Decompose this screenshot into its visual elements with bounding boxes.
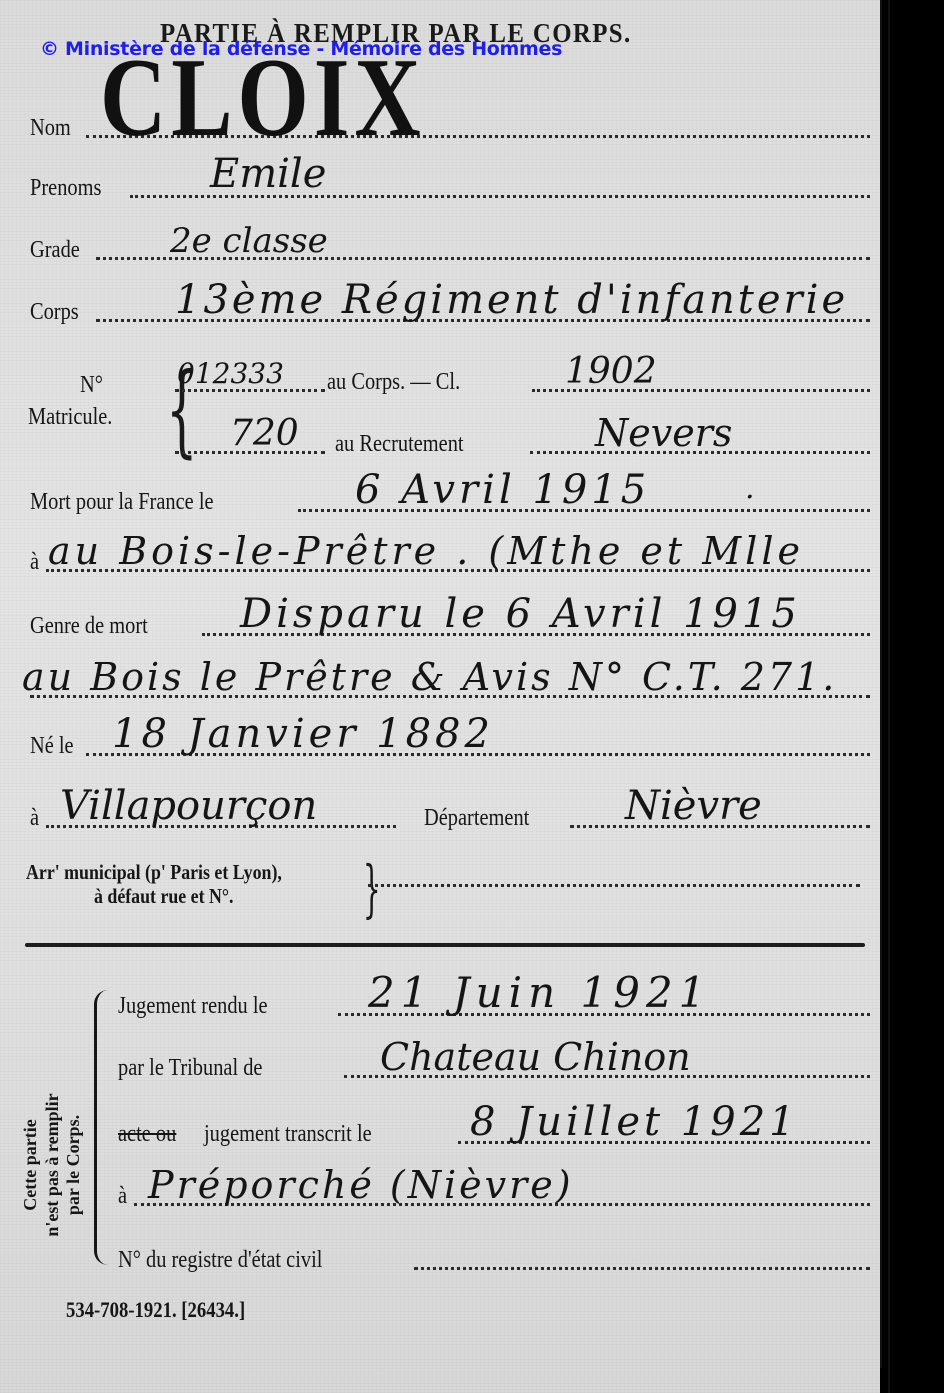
genre-de-mort-label: Genre de mort bbox=[30, 614, 148, 638]
grade-label: Grade bbox=[30, 238, 80, 262]
page-border-inner bbox=[880, 0, 882, 1368]
lieu-label: à bbox=[118, 1184, 127, 1208]
mort-place-value: au Bois-le-Prêtre . (Mthe et Mlle bbox=[48, 532, 804, 570]
recrutement-value: 720 bbox=[230, 416, 299, 452]
tribunal-value: Chateau Chinon bbox=[380, 1038, 691, 1076]
side-note-line-1: Cette partie bbox=[20, 1055, 42, 1275]
registre-label: N° du registre d'état civil bbox=[118, 1248, 322, 1272]
mort-trailing-mark: . bbox=[745, 474, 755, 504]
field-registre: N° du registre d'état civil bbox=[118, 1232, 880, 1272]
side-note: Cette partie n'est pas à remplir par le … bbox=[20, 1055, 85, 1275]
genre-de-mort-value-2: au Bois le Prêtre & Avis N° C.T. 271. bbox=[22, 658, 837, 696]
field-lieu-transcription: à Préporché (Nièvre) bbox=[118, 1168, 880, 1208]
prenoms-label: Prenoms bbox=[30, 176, 101, 200]
recrutement-place: Nevers bbox=[595, 414, 732, 452]
field-matricule-corps: 012333 au Corps. — Cl. 1902 bbox=[175, 354, 880, 394]
matricule-corps-value: 012333 bbox=[177, 360, 284, 388]
field-mort-lieu: à au Bois-le-Prêtre . (Mthe et Mlle bbox=[30, 534, 880, 574]
naissance-place-prefix: à bbox=[30, 806, 39, 830]
arrondissement-label-1: Arr' municipal (p' Paris et Lyon), bbox=[26, 860, 282, 884]
matricule-label: Matricule. bbox=[28, 404, 112, 432]
side-note-line-2: n'est pas à remplir bbox=[42, 1055, 64, 1275]
side-note-line-3: par le Corps. bbox=[63, 1055, 85, 1275]
naissance-place-value: Villapourçon bbox=[60, 786, 317, 826]
arrondissement-brace-icon: } bbox=[363, 858, 381, 920]
transcrit-label: jugement transcrit le bbox=[204, 1122, 372, 1146]
mort-date-value: 6 Avril 1915 bbox=[355, 470, 650, 510]
field-corps: Corps 13ème Régiment d'infanterie bbox=[30, 284, 880, 324]
field-genre-de-mort-cont: au Bois le Prêtre & Avis N° C.T. 271. bbox=[30, 660, 880, 700]
field-tribunal: par le Tribunal de Chateau Chinon bbox=[118, 1040, 880, 1080]
departement-label: Département bbox=[424, 806, 529, 830]
section-divider bbox=[25, 943, 865, 947]
corps-label: Corps bbox=[30, 300, 79, 324]
recrutement-label: au Recrutement bbox=[335, 432, 464, 456]
arrondissement-dotted-line bbox=[368, 884, 860, 887]
field-naissance-date: Né le 18 Janvier 1882 bbox=[30, 718, 880, 758]
departement-value: Nièvre bbox=[625, 786, 762, 826]
jugement-label: Jugement rendu le bbox=[118, 994, 268, 1018]
tribunal-label: par le Tribunal de bbox=[118, 1056, 262, 1080]
mort-place-prefix: à bbox=[30, 550, 39, 574]
mort-label: Mort pour la France le bbox=[30, 490, 214, 514]
lower-section-brace-icon bbox=[94, 990, 111, 1265]
lieu-value: Préporché (Nièvre) bbox=[148, 1166, 574, 1204]
prenoms-value: Emile bbox=[210, 154, 326, 194]
field-genre-de-mort: Genre de mort Disparu le 6 Avril 1915 bbox=[30, 598, 880, 638]
field-prenoms: Prenoms Emile bbox=[30, 160, 880, 200]
corps-value: 13ème Régiment d'infanterie bbox=[175, 280, 848, 320]
field-mort-date: Mort pour la France le 6 Avril 1915 . bbox=[30, 474, 880, 514]
transcrit-label-struck: acte ou bbox=[118, 1122, 176, 1146]
transcrit-value: 8 Juillet 1921 bbox=[470, 1102, 799, 1142]
matricule-label-no: N° bbox=[80, 372, 103, 400]
arrondissement-label-2: à défaut rue et N°. bbox=[94, 884, 234, 908]
naissance-label: Né le bbox=[30, 734, 74, 758]
matricule-corps-label: au Corps. — Cl. bbox=[327, 370, 460, 394]
field-naissance-lieu: à Villapourçon Département Nièvre bbox=[30, 790, 880, 830]
field-grade: Grade 2e classe bbox=[30, 222, 880, 262]
dotted-line bbox=[414, 1267, 870, 1270]
grade-value: 2e classe bbox=[170, 224, 328, 258]
footer-code: 534-708-1921. [26434.] bbox=[66, 1297, 245, 1323]
record-card: PARTIE À REMPLIR PAR LE CORPS. © Ministè… bbox=[0, 0, 880, 1393]
field-jugement: Jugement rendu le 21 Juin 1921 bbox=[118, 978, 880, 1018]
copyright-watermark: © Ministère de la défense - Mémoire des … bbox=[40, 38, 562, 60]
genre-de-mort-value-1: Disparu le 6 Avril 1915 bbox=[240, 594, 801, 634]
field-matricule-recrutement: 720 au Recrutement Nevers bbox=[175, 416, 880, 456]
nom-label: Nom bbox=[30, 116, 71, 140]
page-border-outer bbox=[888, 0, 890, 1393]
naissance-date-value: 18 Janvier 1882 bbox=[112, 714, 494, 754]
jugement-value: 21 Juin 1921 bbox=[368, 972, 711, 1014]
field-transcrit: acte ou jugement transcrit le 8 Juillet … bbox=[118, 1106, 880, 1146]
classe-value: 1902 bbox=[565, 354, 657, 390]
